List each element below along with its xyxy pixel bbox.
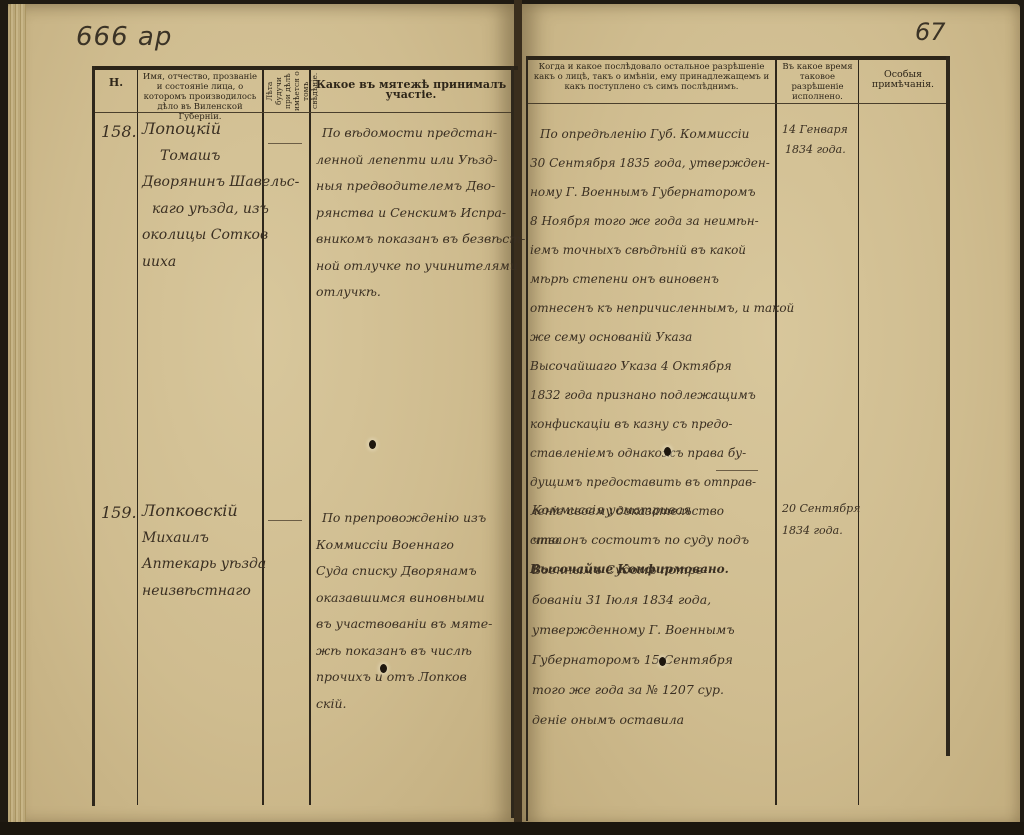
header-participation: Какое въ мятежѣ принималъ участіе.	[313, 80, 509, 100]
binding-hole	[659, 657, 666, 666]
entry-number: 158.	[101, 122, 137, 141]
col-divider	[137, 70, 138, 805]
entry-executed-date: 20 Сентября 1834 года.	[782, 498, 860, 542]
col-divider	[858, 60, 859, 805]
header-executed: Въ какое время таковое разрѣшеніе исполн…	[779, 62, 856, 102]
entry-number: 159.	[101, 503, 137, 522]
binding-hole	[664, 447, 671, 456]
right-table-border	[946, 56, 950, 756]
col-divider	[309, 70, 311, 805]
left-table-border	[92, 66, 95, 806]
entry-name: Лопковскій Михаилъ Аптекарь уѣзда неизвѣ…	[142, 498, 266, 604]
closing-dash	[716, 470, 758, 471]
binding-hole	[369, 440, 376, 449]
header-name: Имя, отчество, прозваніе и состояніе лиц…	[140, 72, 260, 122]
entry-participation: По вѣдомости предстан- ленной лепепти ил…	[316, 120, 525, 306]
page-edges	[8, 4, 26, 826]
entry-executed-date: 14 Генваря 1834 года.	[782, 120, 848, 160]
binding-hole	[380, 664, 387, 673]
header-resolution: Когда и какое послѣдовало остальное разр…	[530, 62, 773, 92]
header-age: Лѣта будучи при дѣлѣ имѣется о томъ свѣд…	[265, 71, 307, 111]
age-dash	[268, 520, 302, 521]
entry-participation: По препровожденію изъ Коммиссіи Военнаго…	[316, 505, 492, 717]
header-notes: Особыя примѣчанія.	[861, 70, 945, 90]
right-table-border	[526, 56, 528, 821]
age-dash	[268, 143, 302, 144]
archive-code: 666 ар	[76, 22, 172, 52]
entry-name: Лопоцкій Томашъ Дворянинъ Шавельс- каго …	[142, 116, 299, 275]
scan-bottom-edge	[0, 822, 1024, 835]
entry-resolution: Коммиссія усматривая что онъ состоитъ по…	[532, 495, 749, 735]
left-table-top-rule	[92, 66, 518, 70]
folio-number: 67	[915, 18, 946, 46]
header-number: Н.	[95, 78, 137, 88]
book-scan: 666 ар 67 Н. Имя, отчество, прозваніе и …	[0, 0, 1024, 835]
right-table-top-rule	[526, 56, 950, 60]
header-underline	[528, 103, 946, 104]
